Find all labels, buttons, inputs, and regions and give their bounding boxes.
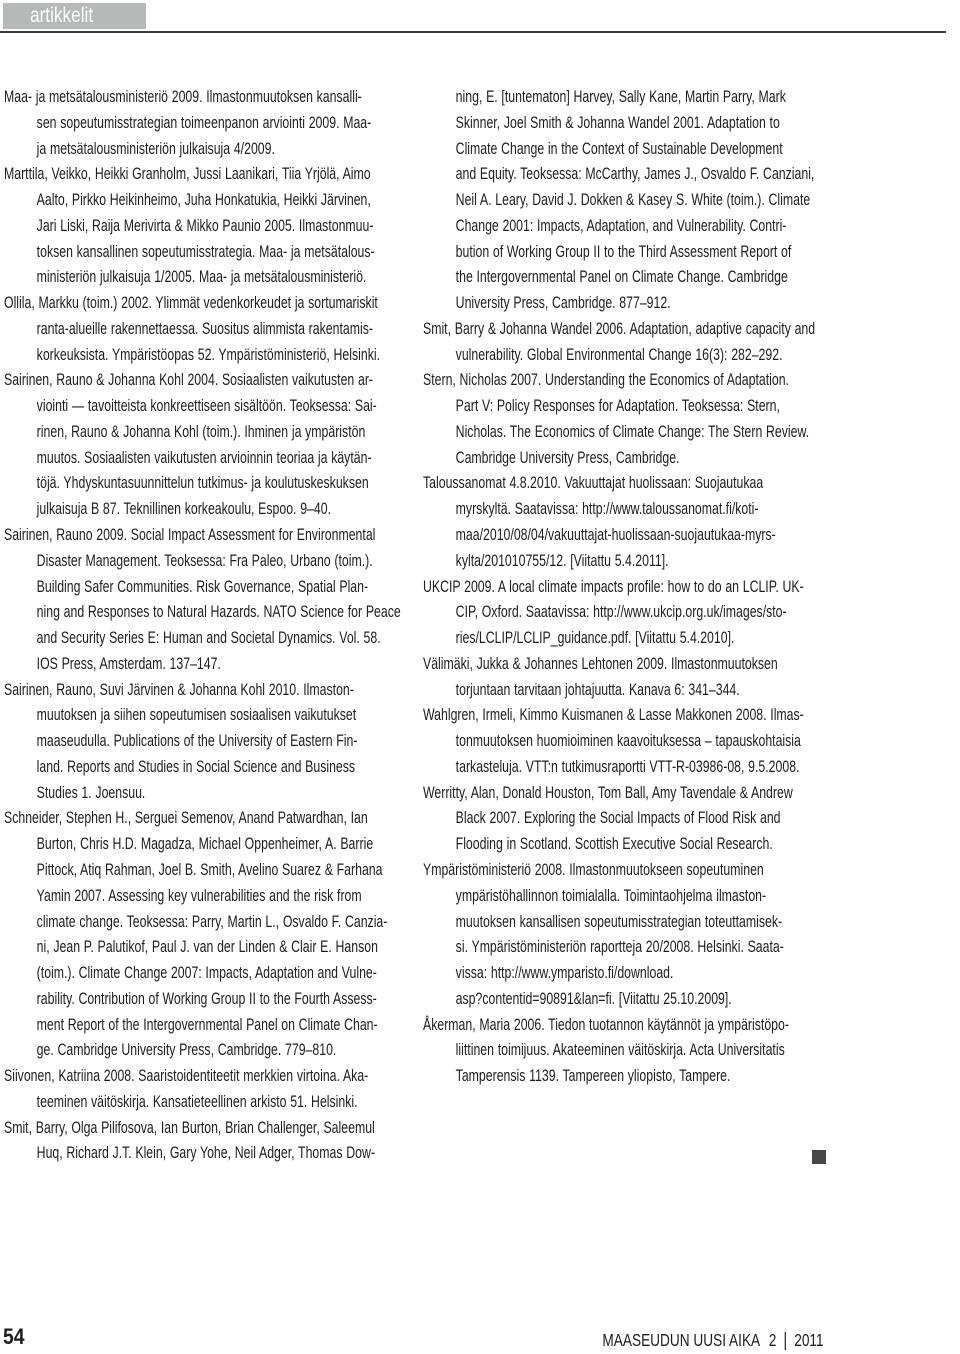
reference-line: climate change. Teoksessa: Parry, Martin… — [4, 910, 402, 936]
reference-entry: Sairinen, Rauno & Johanna Kohl 2004. Sos… — [4, 368, 402, 523]
reference-line: ympäristöhallinnon toimialalla. Toiminta… — [423, 884, 821, 910]
reference-line: ni, Jean P. Palutikof, Paul J. van der L… — [4, 935, 402, 961]
reference-line: ministeriön julkaisuja 1/2005. Maa- ja m… — [4, 265, 402, 291]
reference-line: Ollila, Markku (toim.) 2002. Ylimmät ved… — [4, 291, 402, 317]
reference-line: ries/LCLIP/LCLIP_guidance.pdf. [Viitattu… — [423, 626, 821, 652]
reference-line: UKCIP 2009. A local climate impacts prof… — [423, 575, 821, 601]
reference-line: Huq, Richard J.T. Klein, Gary Yohe, Neil… — [4, 1141, 402, 1167]
reference-line: Smit, Barry, Olga Pilifosova, Ian Burton… — [4, 1116, 402, 1142]
reference-line: korkeuksista. Ympäristöopas 52. Ympärist… — [4, 343, 402, 369]
reference-line: vulnerability. Global Environmental Chan… — [423, 343, 821, 369]
section-label: artikkelit — [30, 3, 93, 29]
reference-entry: Schneider, Stephen H., Serguei Semenov, … — [4, 806, 402, 1064]
reference-line: and Equity. Teoksessa: McCarthy, James J… — [423, 162, 821, 188]
reference-line: liittinen toimijuus. Akateeminen väitösk… — [423, 1038, 821, 1064]
reference-entry: Maa- ja metsätalousministeriö 2009. Ilma… — [4, 85, 402, 162]
reference-line: ja metsätalousministeriön julkaisuja 4/2… — [4, 137, 402, 163]
reference-line: Stern, Nicholas 2007. Understanding the … — [423, 368, 821, 394]
reference-line: si. Ympäristöministeriön raportteja 20/2… — [423, 935, 821, 961]
journal-title: MAASEUDUN UUSI AIKA — [603, 1330, 761, 1350]
reference-line: Cambridge University Press, Cambridge. — [423, 446, 821, 472]
reference-line: Change 2001: Impacts, Adaptation, and Vu… — [423, 214, 821, 240]
reference-line: Aalto, Pirkko Heikinheimo, Juha Honkatuk… — [4, 188, 402, 214]
reference-line: Part V: Policy Responses for Adaptation.… — [423, 394, 821, 420]
reference-entry: Sairinen, Rauno 2009. Social Impact Asse… — [4, 523, 402, 678]
issue-year: 2011 — [795, 1330, 824, 1350]
reference-line: Schneider, Stephen H., Serguei Semenov, … — [4, 806, 402, 832]
reference-line: Wahlgren, Irmeli, Kimmo Kuismanen & Lass… — [423, 703, 821, 729]
reference-line: Maa- ja metsätalousministeriö 2009. Ilma… — [4, 85, 402, 111]
reference-line: ning and Responses to Natural Hazards. N… — [4, 600, 402, 626]
reference-line: IOS Press, Amsterdam. 137–147. — [4, 652, 402, 678]
reference-line: Smit, Barry & Johanna Wandel 2006. Adapt… — [423, 317, 821, 343]
reference-line: Pittock, Atiq Rahman, Joel B. Smith, Ave… — [4, 858, 402, 884]
reference-line: Siivonen, Katriina 2008. Saaristoidentit… — [4, 1064, 402, 1090]
reference-line: viointi — tavoitteista konkreettiseen si… — [4, 394, 402, 420]
reference-line: maaseudulla. Publications of the Univers… — [4, 729, 402, 755]
reference-entry: UKCIP 2009. A local climate impacts prof… — [423, 575, 821, 652]
reference-entry: Werritty, Alan, Donald Houston, Tom Ball… — [423, 781, 821, 858]
reference-entry: Åkerman, Maria 2006. Tiedon tuotannon kä… — [423, 1013, 821, 1090]
reference-line: land. Reports and Studies in Social Scie… — [4, 755, 402, 781]
page-number: 54 — [3, 1324, 25, 1350]
reference-line: Burton, Chris H.D. Magadza, Michael Oppe… — [4, 832, 402, 858]
reference-line: Åkerman, Maria 2006. Tiedon tuotannon kä… — [423, 1013, 821, 1039]
reference-entry: Ympäristöministeriö 2008. Ilmastonmuutok… — [423, 858, 821, 1013]
reference-line: Studies 1. Joensuu. — [4, 781, 402, 807]
reference-entry: Smit, Barry, Olga Pilifosova, Ian Burton… — [4, 1116, 402, 1168]
reference-line: teeminen väitöskirja. Kansatieteellinen … — [4, 1090, 402, 1116]
header-rule — [0, 31, 946, 33]
reference-entry: Marttila, Veikko, Heikki Granholm, Jussi… — [4, 162, 402, 291]
reference-line: töjä. Yhdyskuntasuunnittelun tutkimus- j… — [4, 471, 402, 497]
reference-line: rability. Contribution of Working Group … — [4, 987, 402, 1013]
reference-line: asp?contentid=90891&lan=fi. [Viitattu 25… — [423, 987, 821, 1013]
reference-entry: Taloussanomat 4.8.2010. Vakuuttajat huol… — [423, 471, 821, 574]
reference-line: julkaisuja B 87. Teknillinen korkeakoulu… — [4, 497, 402, 523]
reference-line: muutoksen ja siihen sopeutumisen sosiaal… — [4, 703, 402, 729]
reference-line: tarkasteluja. VTT:n tutkimusraportti VTT… — [423, 755, 821, 781]
reference-line: Välimäki, Jukka & Johannes Lehtonen 2009… — [423, 652, 821, 678]
reference-entry: Välimäki, Jukka & Johannes Lehtonen 2009… — [423, 652, 821, 704]
reference-line: maa/2010/08/04/vakuuttajat-huolissaan-su… — [423, 523, 821, 549]
reference-line: tonmuutoksen huomioiminen kaavoituksessa… — [423, 729, 821, 755]
reference-line: sen sopeutumisstrategian toimeenpanon ar… — [4, 111, 402, 137]
reference-line: Tamperensis 1139. Tampereen yliopisto, T… — [423, 1064, 821, 1090]
reference-entry: ning, E. [tuntematon] Harvey, Sally Kane… — [423, 85, 821, 317]
reference-line: University Press, Cambridge. 877–912. — [423, 291, 821, 317]
reference-line: Building Safer Communities. Risk Governa… — [4, 575, 402, 601]
reference-line: Flooding in Scotland. Scottish Executive… — [423, 832, 821, 858]
reference-line: ranta-alueille rakennettaessa. Suositus … — [4, 317, 402, 343]
reference-line: Disaster Management. Teoksessa: Fra Pale… — [4, 549, 402, 575]
reference-line: Nicholas. The Economics of Climate Chang… — [423, 420, 821, 446]
issue-number: 2 — [769, 1330, 777, 1350]
reference-line: and Security Series E: Human and Societa… — [4, 626, 402, 652]
end-of-article-marker — [812, 1150, 826, 1164]
reference-line: ment Report of the Intergovernmental Pan… — [4, 1013, 402, 1039]
reference-line: muutos. Sosiaalisten vaikutusten arvioin… — [4, 446, 402, 472]
reference-line: rinen, Rauno & Johanna Kohl (toim.). Ihm… — [4, 420, 402, 446]
reference-line: Sairinen, Rauno 2009. Social Impact Asse… — [4, 523, 402, 549]
reference-entry: Smit, Barry & Johanna Wandel 2006. Adapt… — [423, 317, 821, 369]
reference-line: Marttila, Veikko, Heikki Granholm, Jussi… — [4, 162, 402, 188]
reference-line: Yamin 2007. Assessing key vulnerabilitie… — [4, 884, 402, 910]
reference-line: toksen kansallinen sopeutumisstrategia. … — [4, 240, 402, 266]
reference-line: ning, E. [tuntematon] Harvey, Sally Kane… — [423, 85, 821, 111]
bibliography-column-right: ning, E. [tuntematon] Harvey, Sally Kane… — [423, 85, 821, 1090]
reference-line: vissa: http://www.ymparisto.fi/download. — [423, 961, 821, 987]
reference-line: CIP, Oxford. Saatavissa: http://www.ukci… — [423, 600, 821, 626]
reference-line: (toim.). Climate Change 2007: Impacts, A… — [4, 961, 402, 987]
reference-line: Werritty, Alan, Donald Houston, Tom Ball… — [423, 781, 821, 807]
reference-line: Sairinen, Rauno, Suvi Järvinen & Johanna… — [4, 678, 402, 704]
reference-line: kylta/201010755/12. [Viitattu 5.4.2011]. — [423, 549, 821, 575]
reference-line: bution of Working Group II to the Third … — [423, 240, 821, 266]
reference-line: myrskyltä. Saatavissa: http://www.talous… — [423, 497, 821, 523]
reference-line: Neil A. Leary, David J. Dokken & Kasey S… — [423, 188, 821, 214]
reference-line: Sairinen, Rauno & Johanna Kohl 2004. Sos… — [4, 368, 402, 394]
reference-entry: Ollila, Markku (toim.) 2002. Ylimmät ved… — [4, 291, 402, 368]
reference-line: Climate Change in the Context of Sustain… — [423, 137, 821, 163]
bibliography-column-left: Maa- ja metsätalousministeriö 2009. Ilma… — [4, 85, 402, 1167]
article-page: artikkelit Maa- ja metsätalousministeriö… — [0, 0, 960, 1354]
reference-line: the Intergovernmental Panel on Climate C… — [423, 265, 821, 291]
reference-line: Black 2007. Exploring the Social Impacts… — [423, 806, 821, 832]
reference-entry: Siivonen, Katriina 2008. Saaristoidentit… — [4, 1064, 402, 1116]
footer-divider-bar: | — [784, 1330, 788, 1351]
journal-footer: MAASEUDUN UUSI AIKA2|2011 — [603, 1329, 824, 1352]
reference-line: muutoksen kansallisen sopeutumisstrategi… — [423, 910, 821, 936]
reference-entry: Stern, Nicholas 2007. Understanding the … — [423, 368, 821, 471]
reference-line: torjuntaan tarvitaan johtajuutta. Kanava… — [423, 678, 821, 704]
section-band: artikkelit — [3, 3, 146, 29]
reference-line: Ympäristöministeriö 2008. Ilmastonmuutok… — [423, 858, 821, 884]
reference-line: Jari Liski, Raija Merivirta & Mikko Paun… — [4, 214, 402, 240]
reference-line: ge. Cambridge University Press, Cambridg… — [4, 1038, 402, 1064]
reference-entry: Wahlgren, Irmeli, Kimmo Kuismanen & Lass… — [423, 703, 821, 780]
reference-line: Skinner, Joel Smith & Johanna Wandel 200… — [423, 111, 821, 137]
reference-entry: Sairinen, Rauno, Suvi Järvinen & Johanna… — [4, 678, 402, 807]
reference-line: Taloussanomat 4.8.2010. Vakuuttajat huol… — [423, 471, 821, 497]
